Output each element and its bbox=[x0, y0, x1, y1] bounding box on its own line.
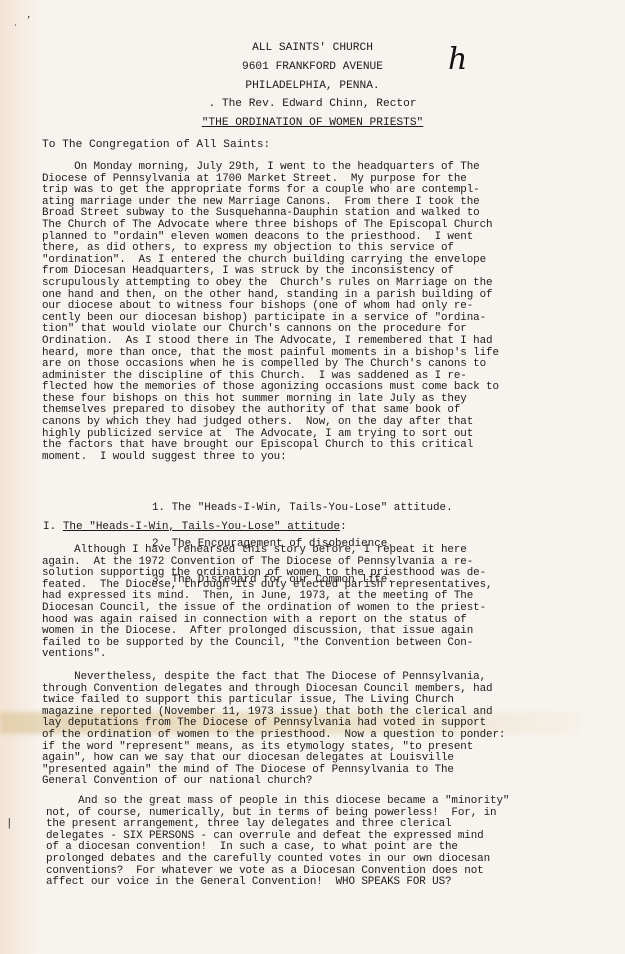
church-address: 9601 FRANKFORD AVENUE bbox=[0, 61, 625, 73]
church-city: PHILADELPHIA, PENNA. bbox=[0, 80, 625, 92]
list-item: 1. The "Heads-I-Win, Tails-You-Lose" att… bbox=[152, 502, 453, 514]
paragraph-1: On Monday morning, July 29th, I went to … bbox=[42, 162, 562, 463]
document-title: "THE ORDINATION OF WOMEN PRIESTS" bbox=[0, 117, 625, 129]
salutation: To The Congregation of All Saints: bbox=[42, 139, 270, 151]
margin-mark: | bbox=[6, 818, 13, 830]
stray-mark: ˌ ՚ bbox=[12, 14, 32, 28]
title-text: "THE ORDINATION OF WOMEN PRIESTS" bbox=[202, 117, 424, 129]
paragraph-2: Although I have rehearsed this story bef… bbox=[42, 545, 562, 661]
church-name: ALL SAINTS' CHURCH bbox=[0, 42, 625, 54]
rector-line: . The Rev. Edward Chinn, Rector bbox=[0, 98, 625, 110]
document-page: ˌ ՚ | h ALL SAINTS' CHURCH 9601 FRANKFOR… bbox=[0, 0, 625, 954]
paragraph-3: Nevertheless, despite the fact that The … bbox=[42, 672, 562, 788]
section-heading: I. The "Heads-I-Win, Tails-You-Lose" att… bbox=[43, 521, 347, 533]
section-number: I. bbox=[43, 521, 56, 533]
section-title: The "Heads-I-Win, Tails-You-Lose" attitu… bbox=[63, 521, 340, 533]
paragraph-4: And so the great mass of people in this … bbox=[46, 796, 566, 889]
section-colon: : bbox=[340, 521, 347, 533]
